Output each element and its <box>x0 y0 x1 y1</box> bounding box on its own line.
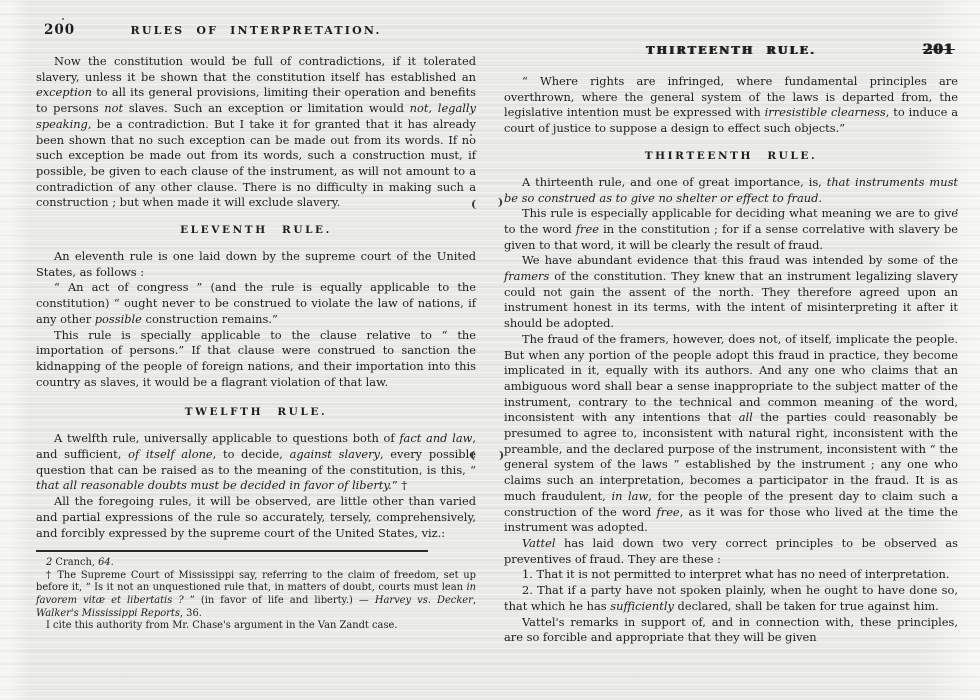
right-running-title: THIRTEENTH RULE. <box>504 44 958 57</box>
paragraph: Vattel has laid down two very correct pr… <box>504 536 958 567</box>
gutter-ink-mark: ( <box>471 199 476 211</box>
gutter-ink-mark: ( <box>470 450 475 462</box>
left-page-body: Now the constitution would be full of co… <box>36 54 476 541</box>
scanned-book-spread: 200 RULES OF INTERPRETATION. Now the con… <box>0 0 980 700</box>
paragraph: An eleventh rule is one laid down by the… <box>36 249 476 280</box>
gutter-ink-mark: ) <box>498 197 503 209</box>
right-page: THIRTEENTH RULE. 201 “ Where rights are … <box>504 44 958 646</box>
section-heading-eleventh-rule: ELEVENTH RULE. <box>36 224 476 236</box>
left-running-head: 200 RULES OF INTERPRETATION. <box>36 24 476 48</box>
right-running-head: THIRTEENTH RULE. 201 <box>504 44 958 68</box>
paragraph: This rule is specially applicable to the… <box>36 328 476 391</box>
ink-speck <box>956 209 958 211</box>
paragraph: A twelfth rule, universally applicable t… <box>36 431 476 494</box>
ink-speck <box>62 18 64 20</box>
paragraph: All the foregoing rules, it will be obse… <box>36 494 476 541</box>
section-heading-thirteenth-rule: THIRTEENTH RULE. <box>504 150 958 162</box>
footnote: 2 Cranch, 64. <box>36 557 476 570</box>
paragraph: Vattel's remarks in support of, and in c… <box>504 615 958 646</box>
paragraph: “ An act of congress ” (and the rule is … <box>36 280 476 327</box>
paragraph: A thirteenth rule, and one of great impo… <box>504 175 958 206</box>
footnote-block: 2 Cranch, 64. † The Supreme Court of Mis… <box>36 550 476 633</box>
right-page-body: “ Where rights are infringed, where fund… <box>504 74 958 646</box>
section-heading-twelfth-rule: TWELFTH RULE. <box>36 406 476 418</box>
paragraph: We have abundant evidence that this frau… <box>504 253 958 332</box>
paragraph: 2. That if a party have not spoken plain… <box>504 583 958 614</box>
left-page: 200 RULES OF INTERPRETATION. Now the con… <box>36 24 476 633</box>
block-quote-paragraph: “ Where rights are infringed, where fund… <box>504 74 958 137</box>
ink-speck <box>470 134 472 136</box>
ink-speck <box>232 58 234 60</box>
left-running-title: RULES OF INTERPRETATION. <box>36 24 476 37</box>
paragraph: Now the constitution would be full of co… <box>36 54 476 211</box>
footnote-divider <box>36 550 428 552</box>
gutter-ink-mark: ) <box>499 450 504 462</box>
right-page-number: 201 <box>923 42 954 58</box>
footnote: I cite this authority from Mr. Chase's a… <box>36 620 476 633</box>
paragraph: The fraud of the framers, however, does … <box>504 332 958 536</box>
paragraph: 1. That it is not permitted to interpret… <box>504 567 958 583</box>
footnote: † The Supreme Court of Mississippi say, … <box>36 570 476 620</box>
paragraph: This rule is especially applicable for d… <box>504 206 958 253</box>
